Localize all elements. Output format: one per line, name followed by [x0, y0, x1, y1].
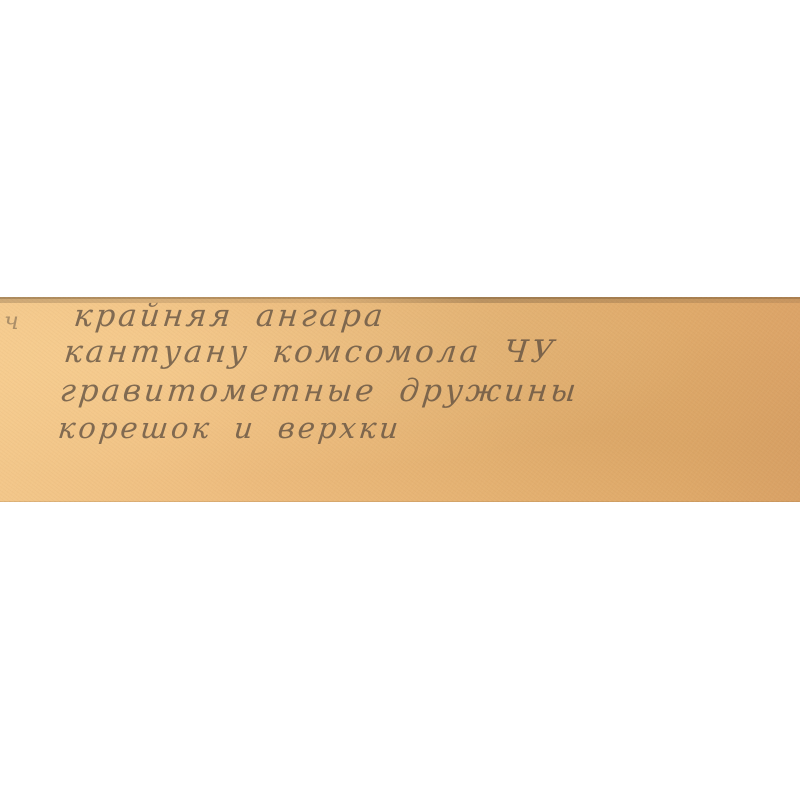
page: ч крайняя ангара кантуану комсомола ЧУ г…: [0, 0, 800, 800]
handwritten-line: кантуану комсомола ЧУ: [62, 335, 558, 369]
handwritten-line: гравитометные дружины: [58, 374, 580, 408]
margin-mark: ч: [4, 307, 19, 335]
handwritten-line: корешок и верхки: [56, 411, 402, 445]
paper-strip: ч крайняя ангара кантуану комсомола ЧУ г…: [0, 297, 800, 502]
handwritten-line: крайняя ангара: [72, 299, 387, 333]
